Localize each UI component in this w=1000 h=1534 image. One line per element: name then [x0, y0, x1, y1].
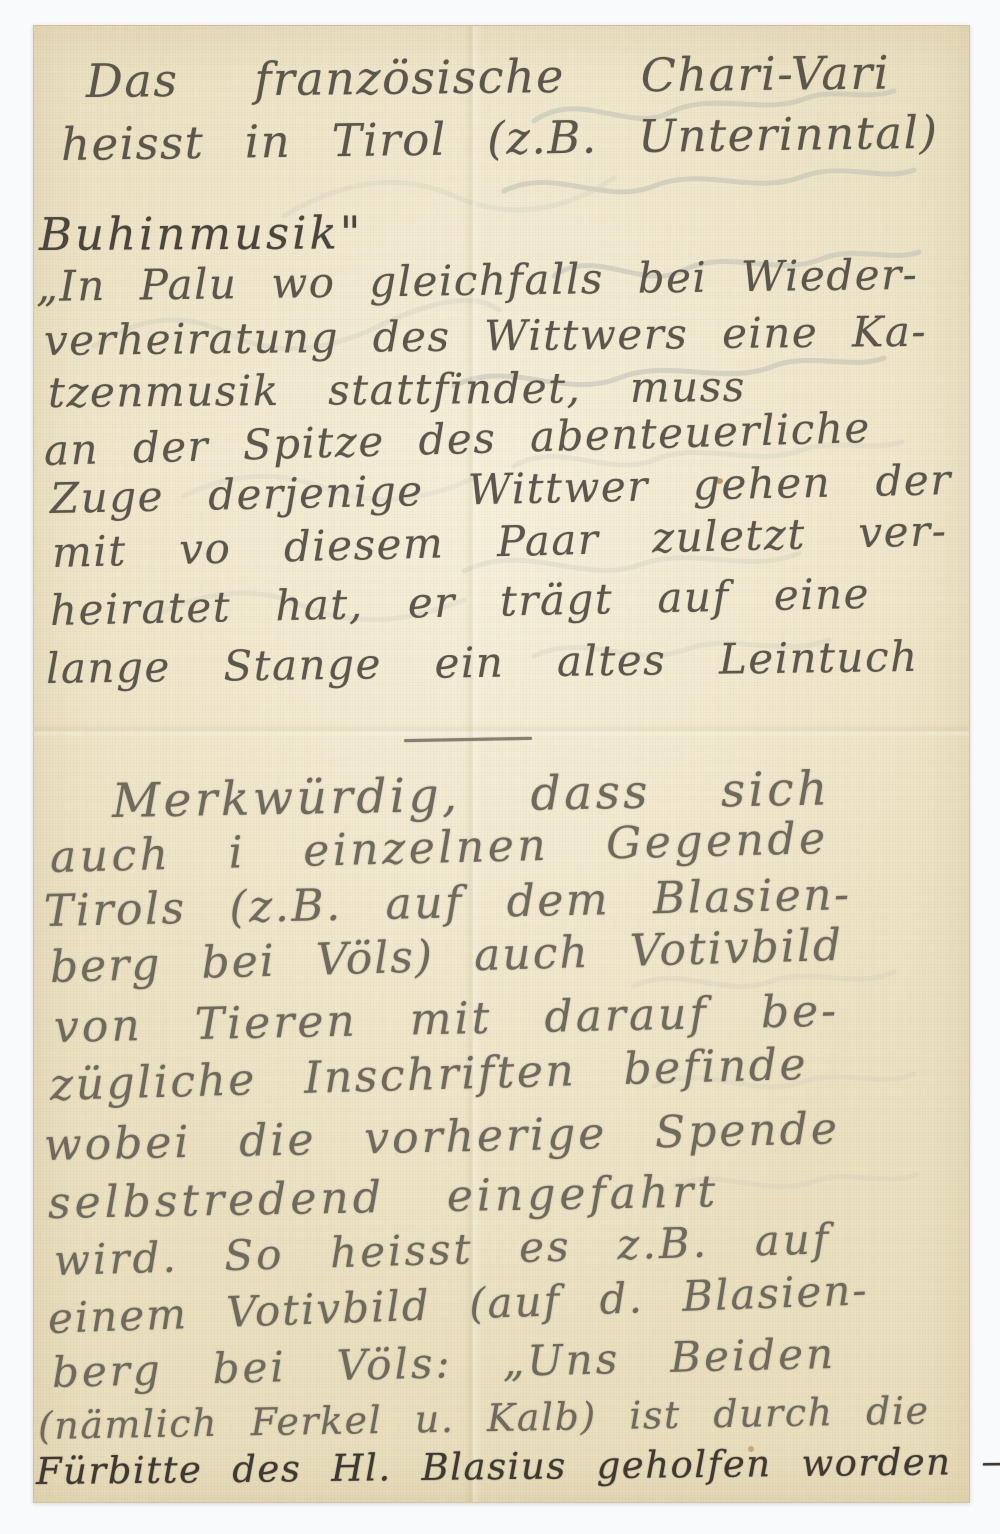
- manuscript-line: heiratet hat, er trägt auf eine: [49, 569, 870, 635]
- paper-sheet: Das französische Chari-Vari heisst in Ti…: [33, 25, 970, 1503]
- manuscript-line: Buhinmusik": [39, 206, 364, 261]
- manuscript-line: wobei die vorherige Spende: [43, 1103, 840, 1171]
- manuscript-line: lange Stange ein altes Leintuch: [46, 632, 919, 693]
- fold-crease-horizontal: [34, 724, 969, 738]
- manuscript-line: berg bei Völs: „Uns Beiden: [51, 1329, 836, 1397]
- manuscript-line: Das französische Chari-Vari: [86, 46, 891, 108]
- manuscript-line: Fürbitte des Hl. Blasius geholfen worden…: [36, 1440, 1000, 1493]
- scan-backdrop: Das französische Chari-Vari heisst in Ti…: [0, 0, 1000, 1534]
- manuscript-line: heisst in Tirol (z.B. Unterinntal): [61, 106, 939, 171]
- manuscript-line: verheiratung des Wittwers eine Ka-: [44, 307, 928, 365]
- manuscript-line: (nämlich Ferkel u. Kalb) ist durch die: [38, 1388, 930, 1448]
